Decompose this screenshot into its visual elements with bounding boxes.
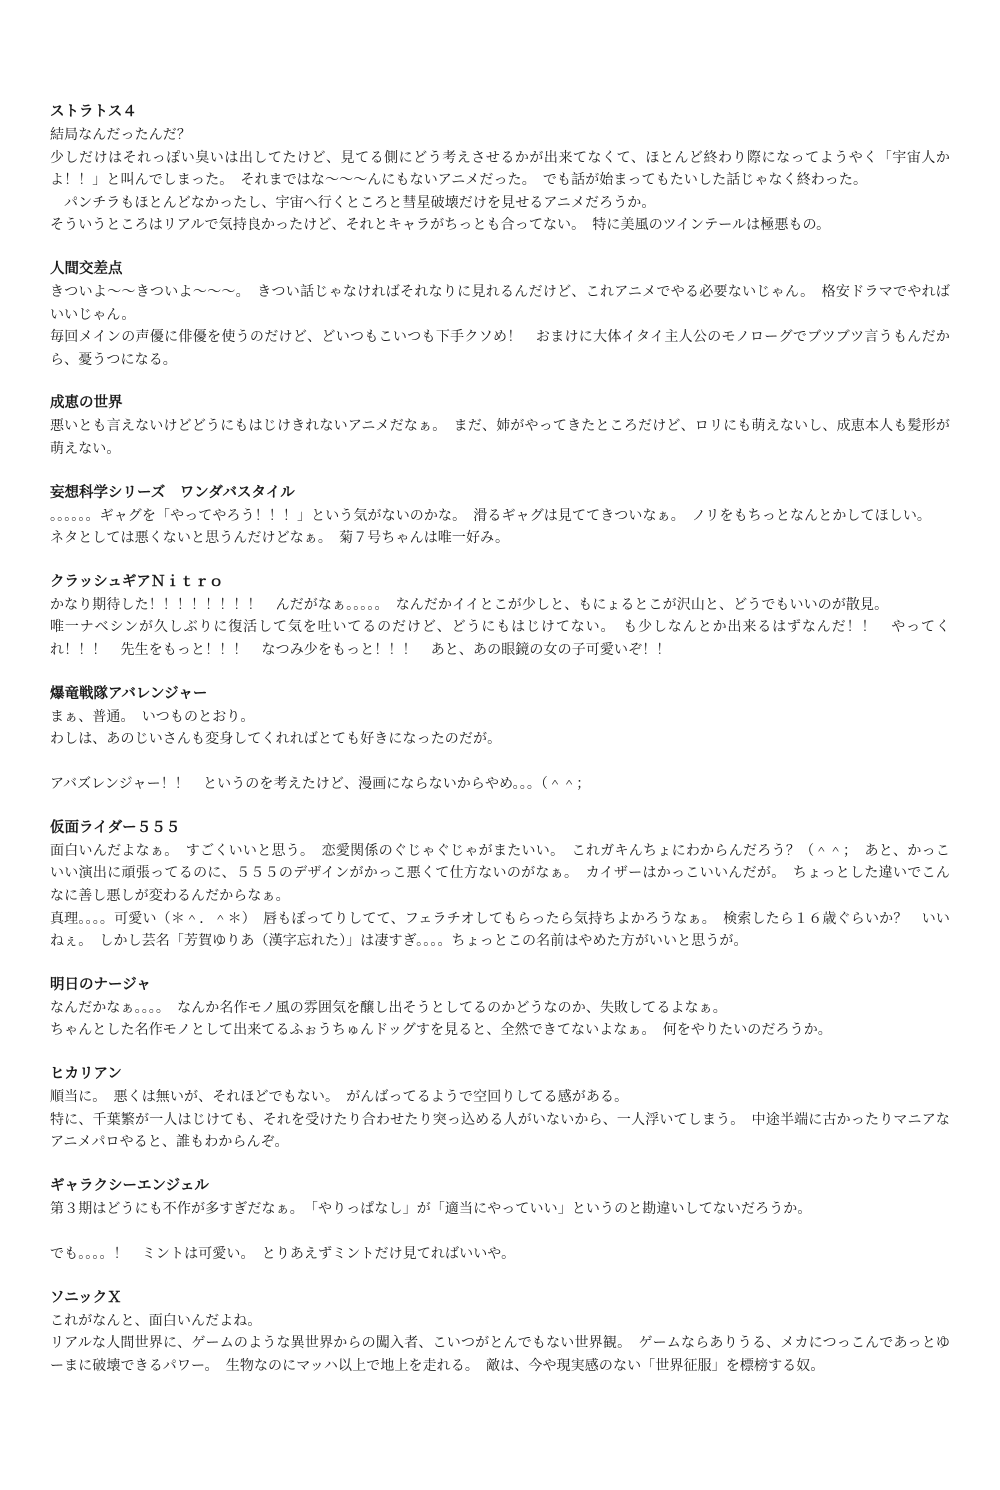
review-section-galaxy-angel: ギャラクシーエンジェル 第３期はどうにも不作が多すぎだなぁ。 「やりっぱなし」が… bbox=[50, 1175, 950, 1266]
paragraph: ネタとしては悪くないと思うんだけどなぁ。 菊７号ちゃんは唯一好み。 bbox=[50, 527, 950, 550]
review-section-abaranger: 爆竜戦隊アバレンジャー まぁ、普通。 いつものとおり。 わしは、あのじいさんも変… bbox=[50, 683, 950, 796]
section-title: ギャラクシーエンジェル bbox=[50, 1175, 950, 1198]
review-section-kamen-rider-555: 仮面ライダー５５５ 面白いんだよなぁ。 すごくいいと思う。 恋愛関係のぐじゃぐじ… bbox=[50, 817, 950, 953]
paragraph: かなり期待した！！！！！！！！ んだがなぁ。。。。。 なんだかイイとこが少しと、… bbox=[50, 594, 950, 617]
review-section-ashita-no-nadja: 明日のナージャ なんだかなぁ。。。。 なんか名作モノ風の雰囲気を醸し出そうとして… bbox=[50, 974, 950, 1042]
paragraph: 。。。。。。ギャグを「やってやろう！！！」という気がないのかな。 滑るギャグは見… bbox=[50, 505, 950, 528]
section-title: 爆竜戦隊アバレンジャー bbox=[50, 683, 950, 706]
blank-line bbox=[50, 1220, 950, 1243]
review-section-stratos4: ストラトス４ 結局なんだったんだ？ 少しだけはそれっぽい臭いは出してたけど、見て… bbox=[50, 101, 950, 237]
section-title: ヒカリアン bbox=[50, 1063, 950, 1086]
paragraph: 特に、千葉繁が一人はじけても、それを受けたり合わせたり突っ込める人がいないから、… bbox=[50, 1109, 950, 1154]
review-page: ストラトス４ 結局なんだったんだ？ 少しだけはそれっぽい臭いは出してたけど、見て… bbox=[50, 101, 950, 1398]
review-section-wandaba-style: 妄想科学シリーズ ワンダバスタイル 。。。。。。ギャグを「やってやろう！！！」と… bbox=[50, 482, 950, 550]
paragraph: 結局なんだったんだ？ bbox=[50, 124, 950, 147]
review-section-crush-gear-nitro: クラッシュギアＮｉｔｒｏ かなり期待した！！！！！！！！ んだがなぁ。。。。。 … bbox=[50, 571, 950, 662]
paragraph: なんだかなぁ。。。。 なんか名作モノ風の雰囲気を醸し出そうとしてるのかどうなのか… bbox=[50, 997, 950, 1020]
paragraph: 悪いとも言えないけどどうにもはじけきれないアニメだなぁ。 まだ、姉がやってきたと… bbox=[50, 415, 950, 460]
section-title: ソニックＸ bbox=[50, 1287, 950, 1310]
review-section-sonic-x: ソニックＸ これがなんと、面白いんだよね。 リアルな人間世界に、ゲームのような異… bbox=[50, 1287, 950, 1378]
paragraph: リアルな人間世界に、ゲームのような異世界からの闖入者、こいつがとんでもない世界観… bbox=[50, 1332, 950, 1377]
paragraph: ちゃんとした名作モノとして出来てるふぉうちゅんドッグすを見ると、全然できてないよ… bbox=[50, 1019, 950, 1042]
paragraph: そういうところはリアルで気持良かったけど、それとキャラがちっとも合ってない。 特… bbox=[50, 214, 950, 237]
paragraph: きついよ〜〜きついよ〜〜〜。 きつい話じゃなければそれなりに見れるんだけど、これ… bbox=[50, 281, 950, 326]
paragraph: 毎回メインの声優に俳優を使うのだけど、どいつもこいつも下手クソめ！ おまけに大体… bbox=[50, 326, 950, 371]
review-section-hikarian: ヒカリアン 順当に。 悪くは無いが、それほどでもない。 がんばってるようで空回り… bbox=[50, 1063, 950, 1154]
paragraph: 第３期はどうにも不作が多すぎだなぁ。 「やりっぱなし」が「適当にやっていい」とい… bbox=[50, 1198, 950, 1221]
paragraph: わしは、あのじいさんも変身してくれればとても好きになったのだが。 bbox=[50, 728, 950, 751]
paragraph: 真理。。。。可愛い（＊＾．＾＊） 唇もぽってりしてて、フェラチオしてもらったら気… bbox=[50, 908, 950, 953]
paragraph: 唯一ナベシンが久しぶりに復活して気を吐いてるのだけど、どうにもはじけてない。 も… bbox=[50, 616, 950, 661]
section-title: 妄想科学シリーズ ワンダバスタイル bbox=[50, 482, 950, 505]
section-title: 人間交差点 bbox=[50, 258, 950, 281]
blank-line bbox=[50, 751, 950, 774]
paragraph: アバズレンジャー！！ というのを考えたけど、漫画にならないからやめ。。。（＾＾； bbox=[50, 773, 950, 796]
section-title: 成恵の世界 bbox=[50, 392, 950, 415]
section-title: 仮面ライダー５５５ bbox=[50, 817, 950, 840]
paragraph: 少しだけはそれっぽい臭いは出してたけど、見てる側にどう考えさせるかが出来てなくて… bbox=[50, 147, 950, 192]
paragraph: これがなんと、面白いんだよね。 bbox=[50, 1310, 950, 1333]
review-section-human-crossing: 人間交差点 きついよ〜〜きついよ〜〜〜。 きつい話じゃなければそれなりに見れるん… bbox=[50, 258, 950, 371]
paragraph: パンチラもほとんどなかったし、宇宙へ行くところと彗星破壊だけを見せるアニメだろう… bbox=[50, 192, 950, 215]
paragraph: 面白いんだよなぁ。 すごくいいと思う。 恋愛関係のぐじゃぐじゃがまたいい。 これ… bbox=[50, 840, 950, 908]
section-title: クラッシュギアＮｉｔｒｏ bbox=[50, 571, 950, 594]
paragraph: まぁ、普通。 いつものとおり。 bbox=[50, 706, 950, 729]
section-title: 明日のナージャ bbox=[50, 974, 950, 997]
review-section-narue-no-sekai: 成恵の世界 悪いとも言えないけどどうにもはじけきれないアニメだなぁ。 まだ、姉が… bbox=[50, 392, 950, 460]
paragraph: 順当に。 悪くは無いが、それほどでもない。 がんばってるようで空回りしてる感があ… bbox=[50, 1086, 950, 1109]
section-title: ストラトス４ bbox=[50, 101, 950, 124]
paragraph: でも。。。。！ ミントは可愛い。 とりあえずミントだけ見てればいいや。 bbox=[50, 1243, 950, 1266]
